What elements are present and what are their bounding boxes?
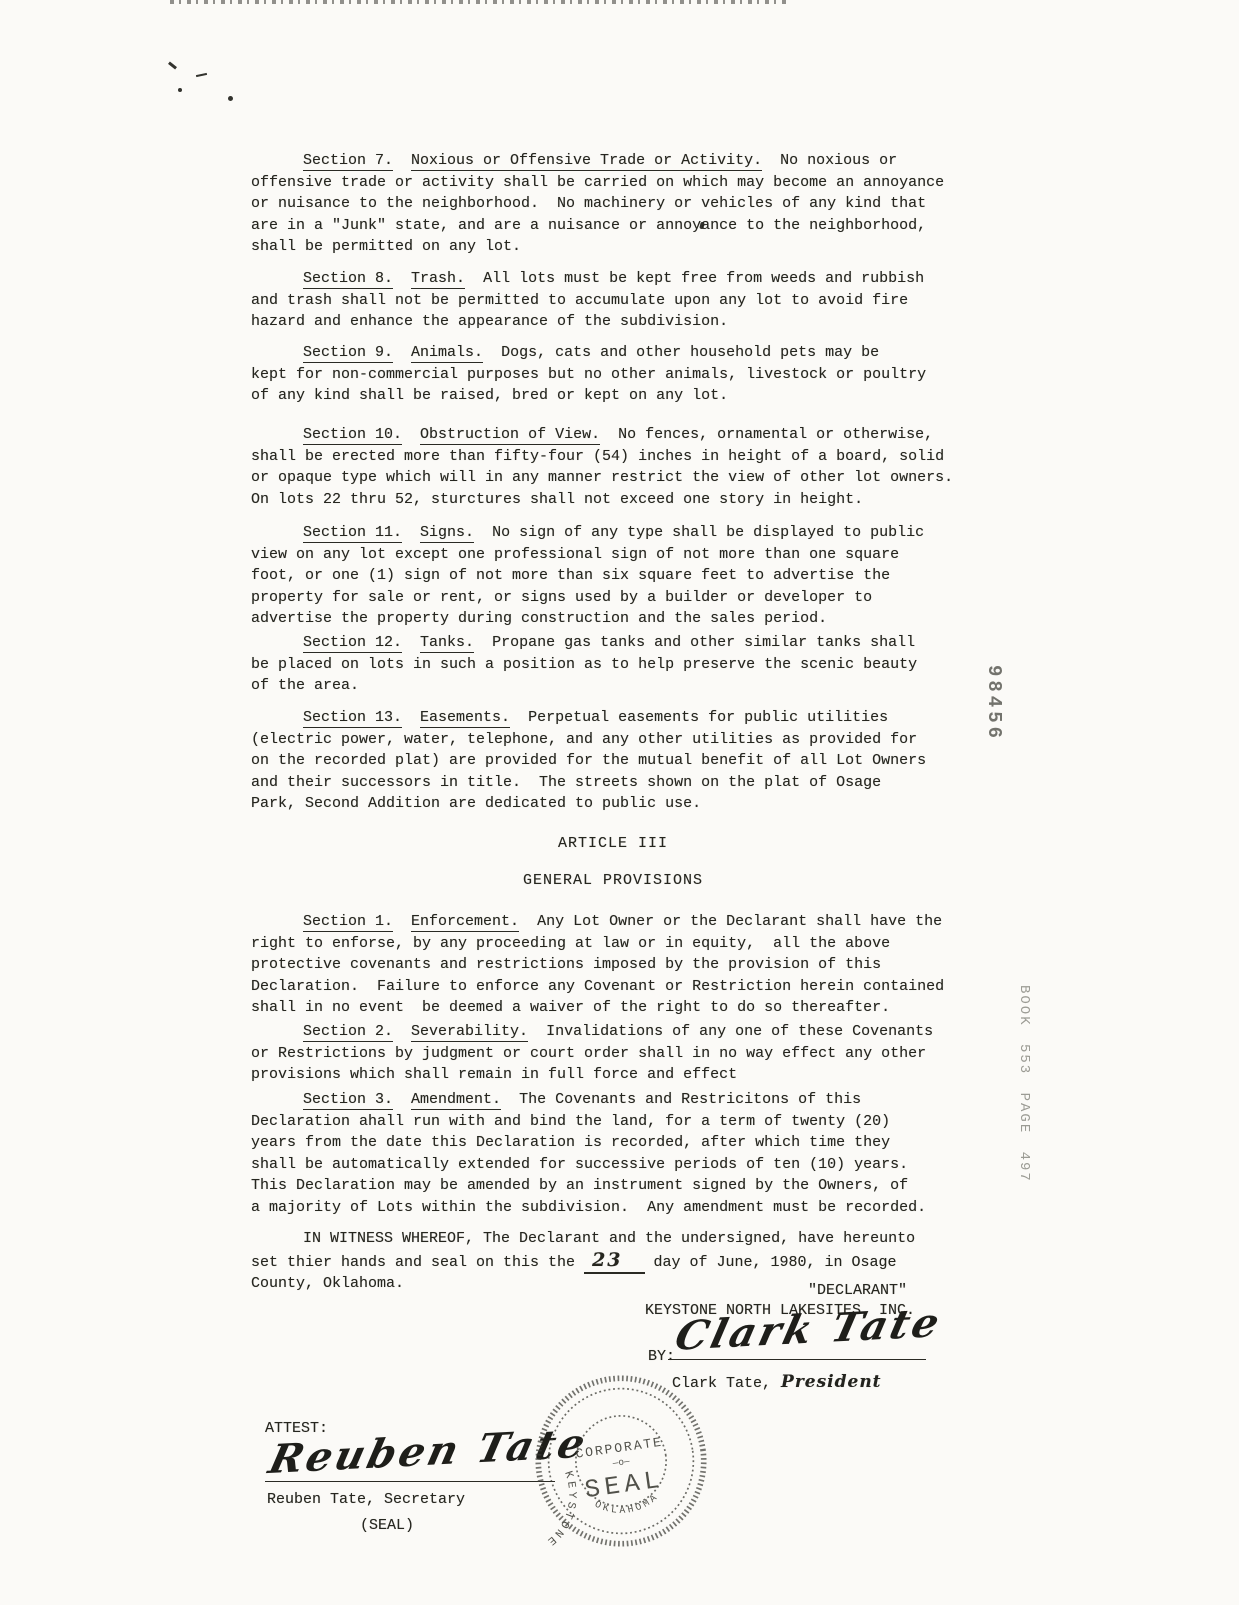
scanned-document-page: Section 7. Noxious or Offensive Trade or… xyxy=(0,0,1239,1605)
section-13-paragraph: Section 13. Easements. Perpetual easemen… xyxy=(251,707,975,815)
witness-line1: IN WITNESS WHEREOF, The Declarant and th… xyxy=(303,1230,915,1247)
section-12-paragraph: Section 12. Tanks. Propane gas tanks and… xyxy=(251,632,975,697)
section-title: Easements. xyxy=(420,709,510,728)
section-title: Animals. xyxy=(411,344,483,363)
corporate-seal-stamp: KEYSTONE NORTH LAKESITES, INC. OKLAHOMA … xyxy=(515,1355,727,1567)
section-title: Tanks. xyxy=(420,634,474,653)
corporate-seal-svg: KEYSTONE NORTH LAKESITES, INC. OKLAHOMA … xyxy=(515,1355,727,1567)
section-label: Section 11. xyxy=(303,524,402,543)
section-7-paragraph: Section 7. Noxious or Offensive Trade or… xyxy=(251,150,975,258)
general-section-3-paragraph: Section 3. Amendment. The Covenants and … xyxy=(251,1089,975,1218)
section-label: Section 9. xyxy=(303,344,393,363)
seal-note: (SEAL) xyxy=(360,1515,414,1537)
scan-artifact xyxy=(170,0,790,4)
handwritten-day: 23 xyxy=(584,1249,644,1274)
section-title: Enforcement. xyxy=(411,913,519,932)
scan-artifact xyxy=(178,88,182,92)
section-title: Severability. xyxy=(411,1023,528,1042)
scan-artifact xyxy=(196,73,207,77)
section-label: Section 3. xyxy=(303,1091,393,1110)
general-section-2-paragraph: Section 2. Severability. Invalidations o… xyxy=(251,1021,975,1086)
section-label: Section 8. xyxy=(303,270,393,289)
scan-artifact xyxy=(168,62,177,70)
section-title: Signs. xyxy=(420,524,474,543)
section-8-paragraph: Section 8. Trash. All lots must be kept … xyxy=(251,268,975,333)
section-label: Section 10. xyxy=(303,426,402,445)
section-title: Obstruction of View. xyxy=(420,426,600,445)
svg-text:KEYSTONE NORTH LAKESITES, INC.: KEYSTONE NORTH LAKESITES, INC. xyxy=(515,1420,586,1567)
section-11-paragraph: Section 11. Signs. No sign of any type s… xyxy=(251,522,975,630)
section-title: Trash. xyxy=(411,270,465,289)
section-label: Section 1. xyxy=(303,913,393,932)
section-title: Amendment. xyxy=(411,1091,501,1110)
section-label: Section 12. xyxy=(303,634,402,653)
witness-line2-before: set thier hands and seal on this the xyxy=(251,1254,584,1271)
handwritten-title: President xyxy=(781,1372,882,1392)
recorder-number-stamp: 98456 xyxy=(983,665,1005,742)
scan-artifact xyxy=(228,96,233,101)
seal-center-divider: —o— xyxy=(611,1456,631,1469)
book-page-stamp: BOOK 553 PAGE 497 xyxy=(1016,985,1032,1183)
section-label: Section 2. xyxy=(303,1023,393,1042)
article-heading: ARTICLE III xyxy=(251,835,975,852)
witness-line3: County, Oklahoma. xyxy=(251,1275,404,1292)
general-section-1-paragraph: Section 1. Enforcement. Any Lot Owner or… xyxy=(251,911,975,1019)
article-subheading: GENERAL PROVISIONS xyxy=(251,872,975,889)
section-label: Section 13. xyxy=(303,709,402,728)
seal-ring-text: KEYSTONE NORTH LAKESITES, INC. xyxy=(515,1420,586,1567)
section-label: Section 7. xyxy=(303,152,393,171)
reuben-typed-name: Reuben Tate, Secretary xyxy=(267,1489,465,1511)
declarant-quote-label: "DECLARANT" xyxy=(808,1280,907,1302)
section-title: Noxious or Offensive Trade or Activity. xyxy=(411,152,762,171)
witness-line2-after: day of June, 1980, in Osage xyxy=(645,1254,897,1271)
section-10-paragraph: Section 10. Obstruction of View. No fenc… xyxy=(251,424,975,510)
section-9-paragraph: Section 9. Animals. Dogs, cats and other… xyxy=(251,342,975,407)
